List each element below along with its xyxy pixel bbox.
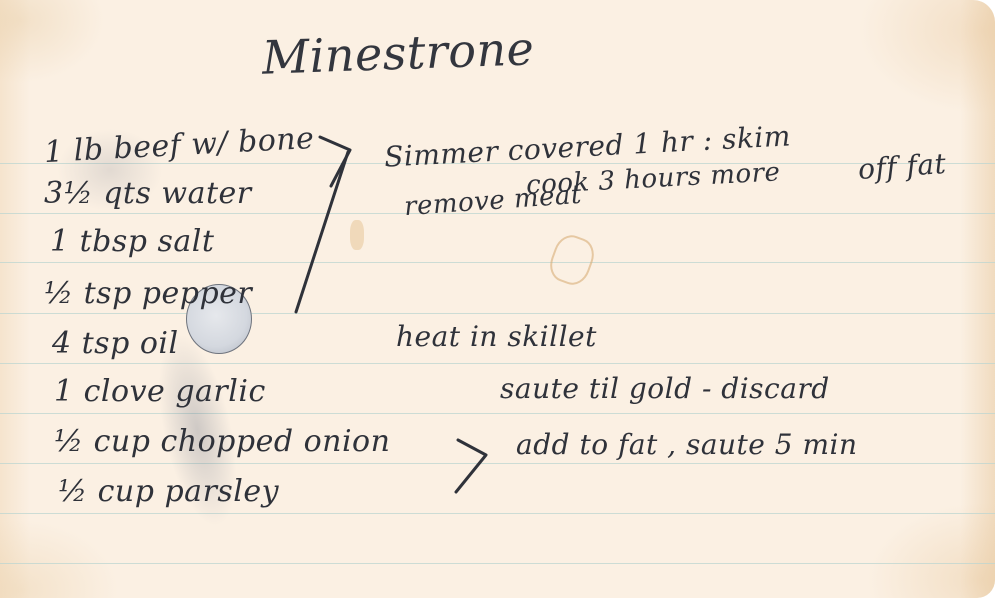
ingredient-item: 3½ qts water [44, 176, 252, 211]
ingredient-item: 1 tbsp salt [50, 224, 214, 259]
ingredient-item: ½ cup chopped onion [54, 424, 390, 459]
ingredient-item: 4 tsp oil [52, 326, 179, 361]
recipe-card: Minestrone 1 lb beef w/ bone 3½ qts wate… [0, 0, 995, 598]
ingredient-item: 1 clove garlic [54, 374, 266, 409]
rust-stain [350, 220, 364, 250]
instruction-step: off fat [857, 147, 947, 186]
recipe-title: Minestrone [261, 21, 535, 84]
ingredient-item: ½ tsp pepper [44, 276, 252, 311]
ruled-line [0, 463, 995, 464]
instruction-step: add to fat , saute 5 min [516, 428, 858, 461]
ruled-line [0, 262, 995, 263]
instruction-step: heat in skillet [396, 320, 597, 353]
instruction-step: remove meat [403, 180, 583, 222]
instruction-step: saute til gold - discard [500, 372, 830, 405]
ruled-line [0, 513, 995, 514]
rust-stain [545, 231, 599, 290]
ruled-line [0, 563, 995, 564]
ingredient-item: ½ cup parsley [58, 474, 279, 509]
